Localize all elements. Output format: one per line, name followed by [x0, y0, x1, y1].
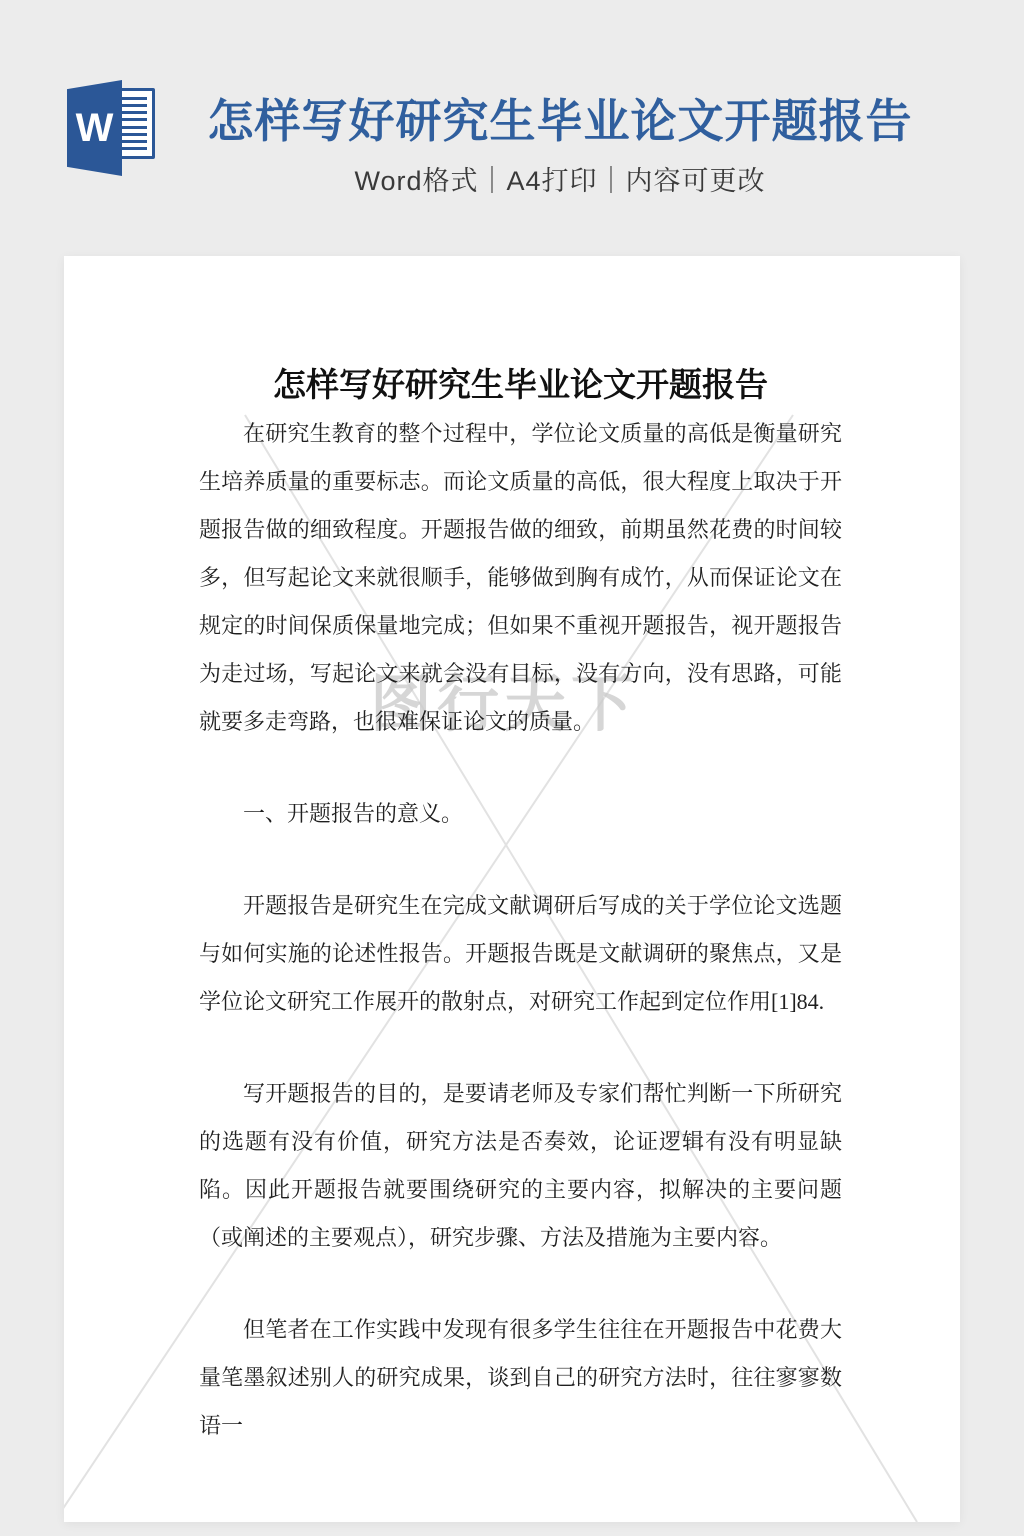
- document-preview-screen: { "header": { "title": "怎样写好研究生毕业论文开题报告"…: [0, 0, 1024, 1536]
- header-text-block: 怎样写好研究生毕业论文开题报告 Word格式｜A4打印｜内容可更改: [96, 96, 1024, 198]
- preview-header: W 怎样写好研究生毕业论文开题报告 Word格式｜A4打印｜内容可更改: [0, 0, 1024, 230]
- paragraph-purpose: 写开题报告的目的，是要请老师及专家们帮忙判断一下所研究的选题有没有价值，研究方法…: [199, 1070, 842, 1262]
- paragraph-section-heading: 一、开题报告的意义。: [199, 790, 842, 838]
- document-content: 怎样写好研究生毕业论文开题报告 在研究生教育的整个过程中，学位论文质量的高低是衡…: [64, 256, 960, 1450]
- file-title: 怎样写好研究生毕业论文开题报告: [96, 96, 1024, 147]
- document-title: 怎样写好研究生毕业论文开题报告: [199, 362, 842, 410]
- file-format-info: Word格式｜A4打印｜内容可更改: [96, 159, 1024, 198]
- document-page: 图行天下 怎样写好研究生毕业论文开题报告 在研究生教育的整个过程中，学位论文质量…: [64, 256, 960, 1522]
- paragraph-intro: 在研究生教育的整个过程中，学位论文质量的高低是衡量研究生培养质量的重要标志。而论…: [199, 410, 842, 746]
- paragraph-definition: 开题报告是研究生在完成文献调研后写成的关于学位论文选题与如何实施的论述性报告。开…: [199, 882, 842, 1026]
- paragraph-observation: 但笔者在工作实践中发现有很多学生往往在开题报告中花费大量笔墨叙述别人的研究成果，…: [199, 1306, 842, 1450]
